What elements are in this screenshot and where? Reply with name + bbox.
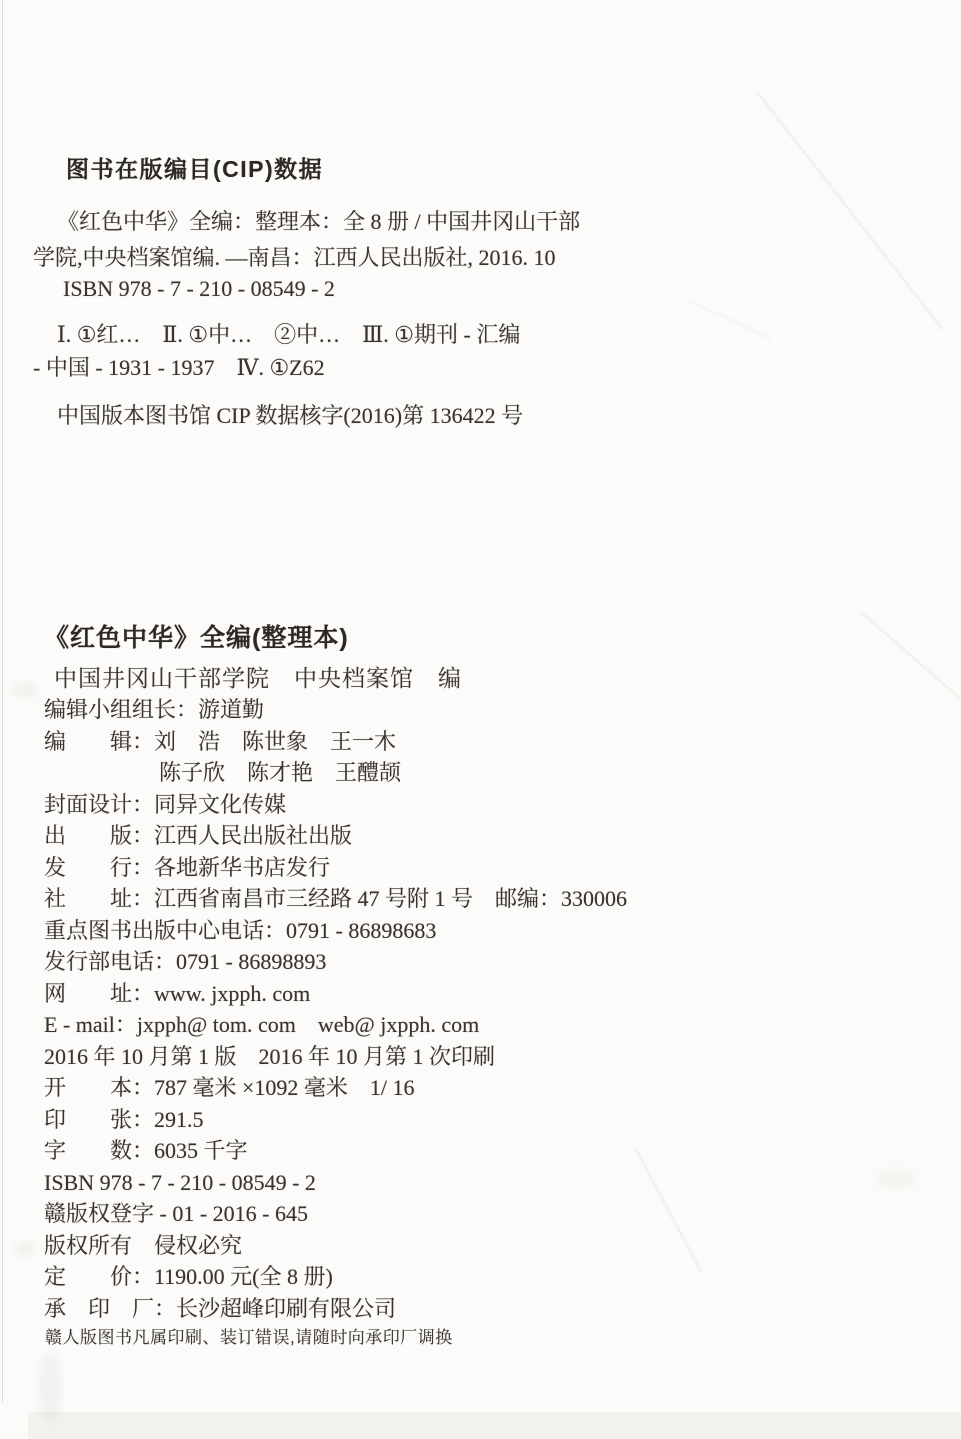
publication-info-list: 编辑小组组长：游道勤 编 辑：刘 浩 陈世象 王一木 陈子欣 陈才艳 王醴颉 封… [44,694,627,1324]
colophon-line-edition: 2016 年 10 月第 1 版 2016 年 10 月第 1 次印刷 [44,1041,627,1073]
scanned-copyright-page: 图书在版编目(CIP)数据 《红色中华》全编：整理本：全 8 册 / 中国井冈山… [0,0,961,1439]
colophon-line-email: E - mail：jxpph@ tom. com web@ jxpph. com [44,1009,627,1041]
editing-institutions: 中国井冈山干部学院 中央档案馆 编 [54,660,462,693]
cip-isbn-line: ISBN 978 - 7 - 210 - 08549 - 2 [63,276,335,302]
scan-smudge [876,1168,916,1190]
colophon-line-sheets: 印 张：291.5 [44,1104,627,1136]
scan-crease [690,300,772,339]
colophon-line-publisher: 出 版：江西人民出版社出版 [44,820,627,852]
cip-description-line: 《红色中华》全编：整理本：全 8 册 / 中国井冈山干部 [57,205,580,236]
colophon-line-printer: 承 印 厂：长沙超峰印刷有限公司 [44,1293,627,1325]
colophon-line-price: 定 价：1190.00 元(全 8 册) [44,1261,627,1293]
scan-crease [862,612,961,718]
colophon-line-distribution-phone: 发行部电话：0791 - 86898893 [44,946,627,978]
print-error-exchange-notice: 赣人版图书凡属印刷、装订错误,请随时向承印厂调换 [45,1323,453,1348]
scan-smudge [14,1242,36,1256]
colophon-line-key-books-phone: 重点图书出版中心电话：0791 - 86898683 [44,915,627,947]
colophon-line-cover-design: 封面设计：同异文化传媒 [44,789,627,821]
colophon-line-address: 社 址：江西省南昌市三经路 47 号附 1 号 邮编：330006 [44,883,627,915]
cip-classification-line: Ⅰ. ①红… Ⅱ. ①中… ②中… Ⅲ. ①期刊 - 汇编 [57,318,520,349]
colophon-line-format: 开 本：787 毫米 ×1092 毫米 1/ 16 [44,1072,627,1104]
scan-smudge [38,1352,62,1422]
colophon-line-isbn: ISBN 978 - 7 - 210 - 08549 - 2 [44,1167,627,1199]
scan-bottom-shadow [28,1412,961,1439]
colophon-line-rights-reserved: 版权所有 侵权必究 [44,1230,627,1262]
book-title: 《红色中华》全编(整理本) [44,618,349,654]
scan-crease [757,92,943,329]
cip-record-number: 中国版本图书馆 CIP 数据核字(2016)第 136422 号 [57,399,523,430]
colophon-line-distribution: 发 行：各地新华书店发行 [44,852,627,884]
scan-edge-line [2,0,3,1402]
colophon-line-website: 网 址：www. jxpph. com [44,978,627,1010]
colophon-line-editors: 编 辑：刘 浩 陈世象 王一木 [44,726,627,758]
cip-description-line: 学院,中央档案馆编. —南昌：江西人民出版社, 2016. 10 [33,241,556,272]
colophon-line-copyright-registration: 赣版权登字 - 01 - 2016 - 645 [44,1198,627,1230]
scan-smudge [12,682,38,698]
colophon-line-editorial-group-leader: 编辑小组组长：游道勤 [44,694,627,726]
scan-crease [635,1148,702,1272]
colophon-line-word-count: 字 数：6035 千字 [44,1135,627,1167]
cip-classification-line: - 中国 - 1931 - 1937 Ⅳ. ①Z62 [33,351,325,382]
cip-heading: 图书在版编目(CIP)数据 [66,151,323,184]
colophon-line-editors-continued: 陈子欣 陈才艳 王醴颉 [44,757,627,789]
